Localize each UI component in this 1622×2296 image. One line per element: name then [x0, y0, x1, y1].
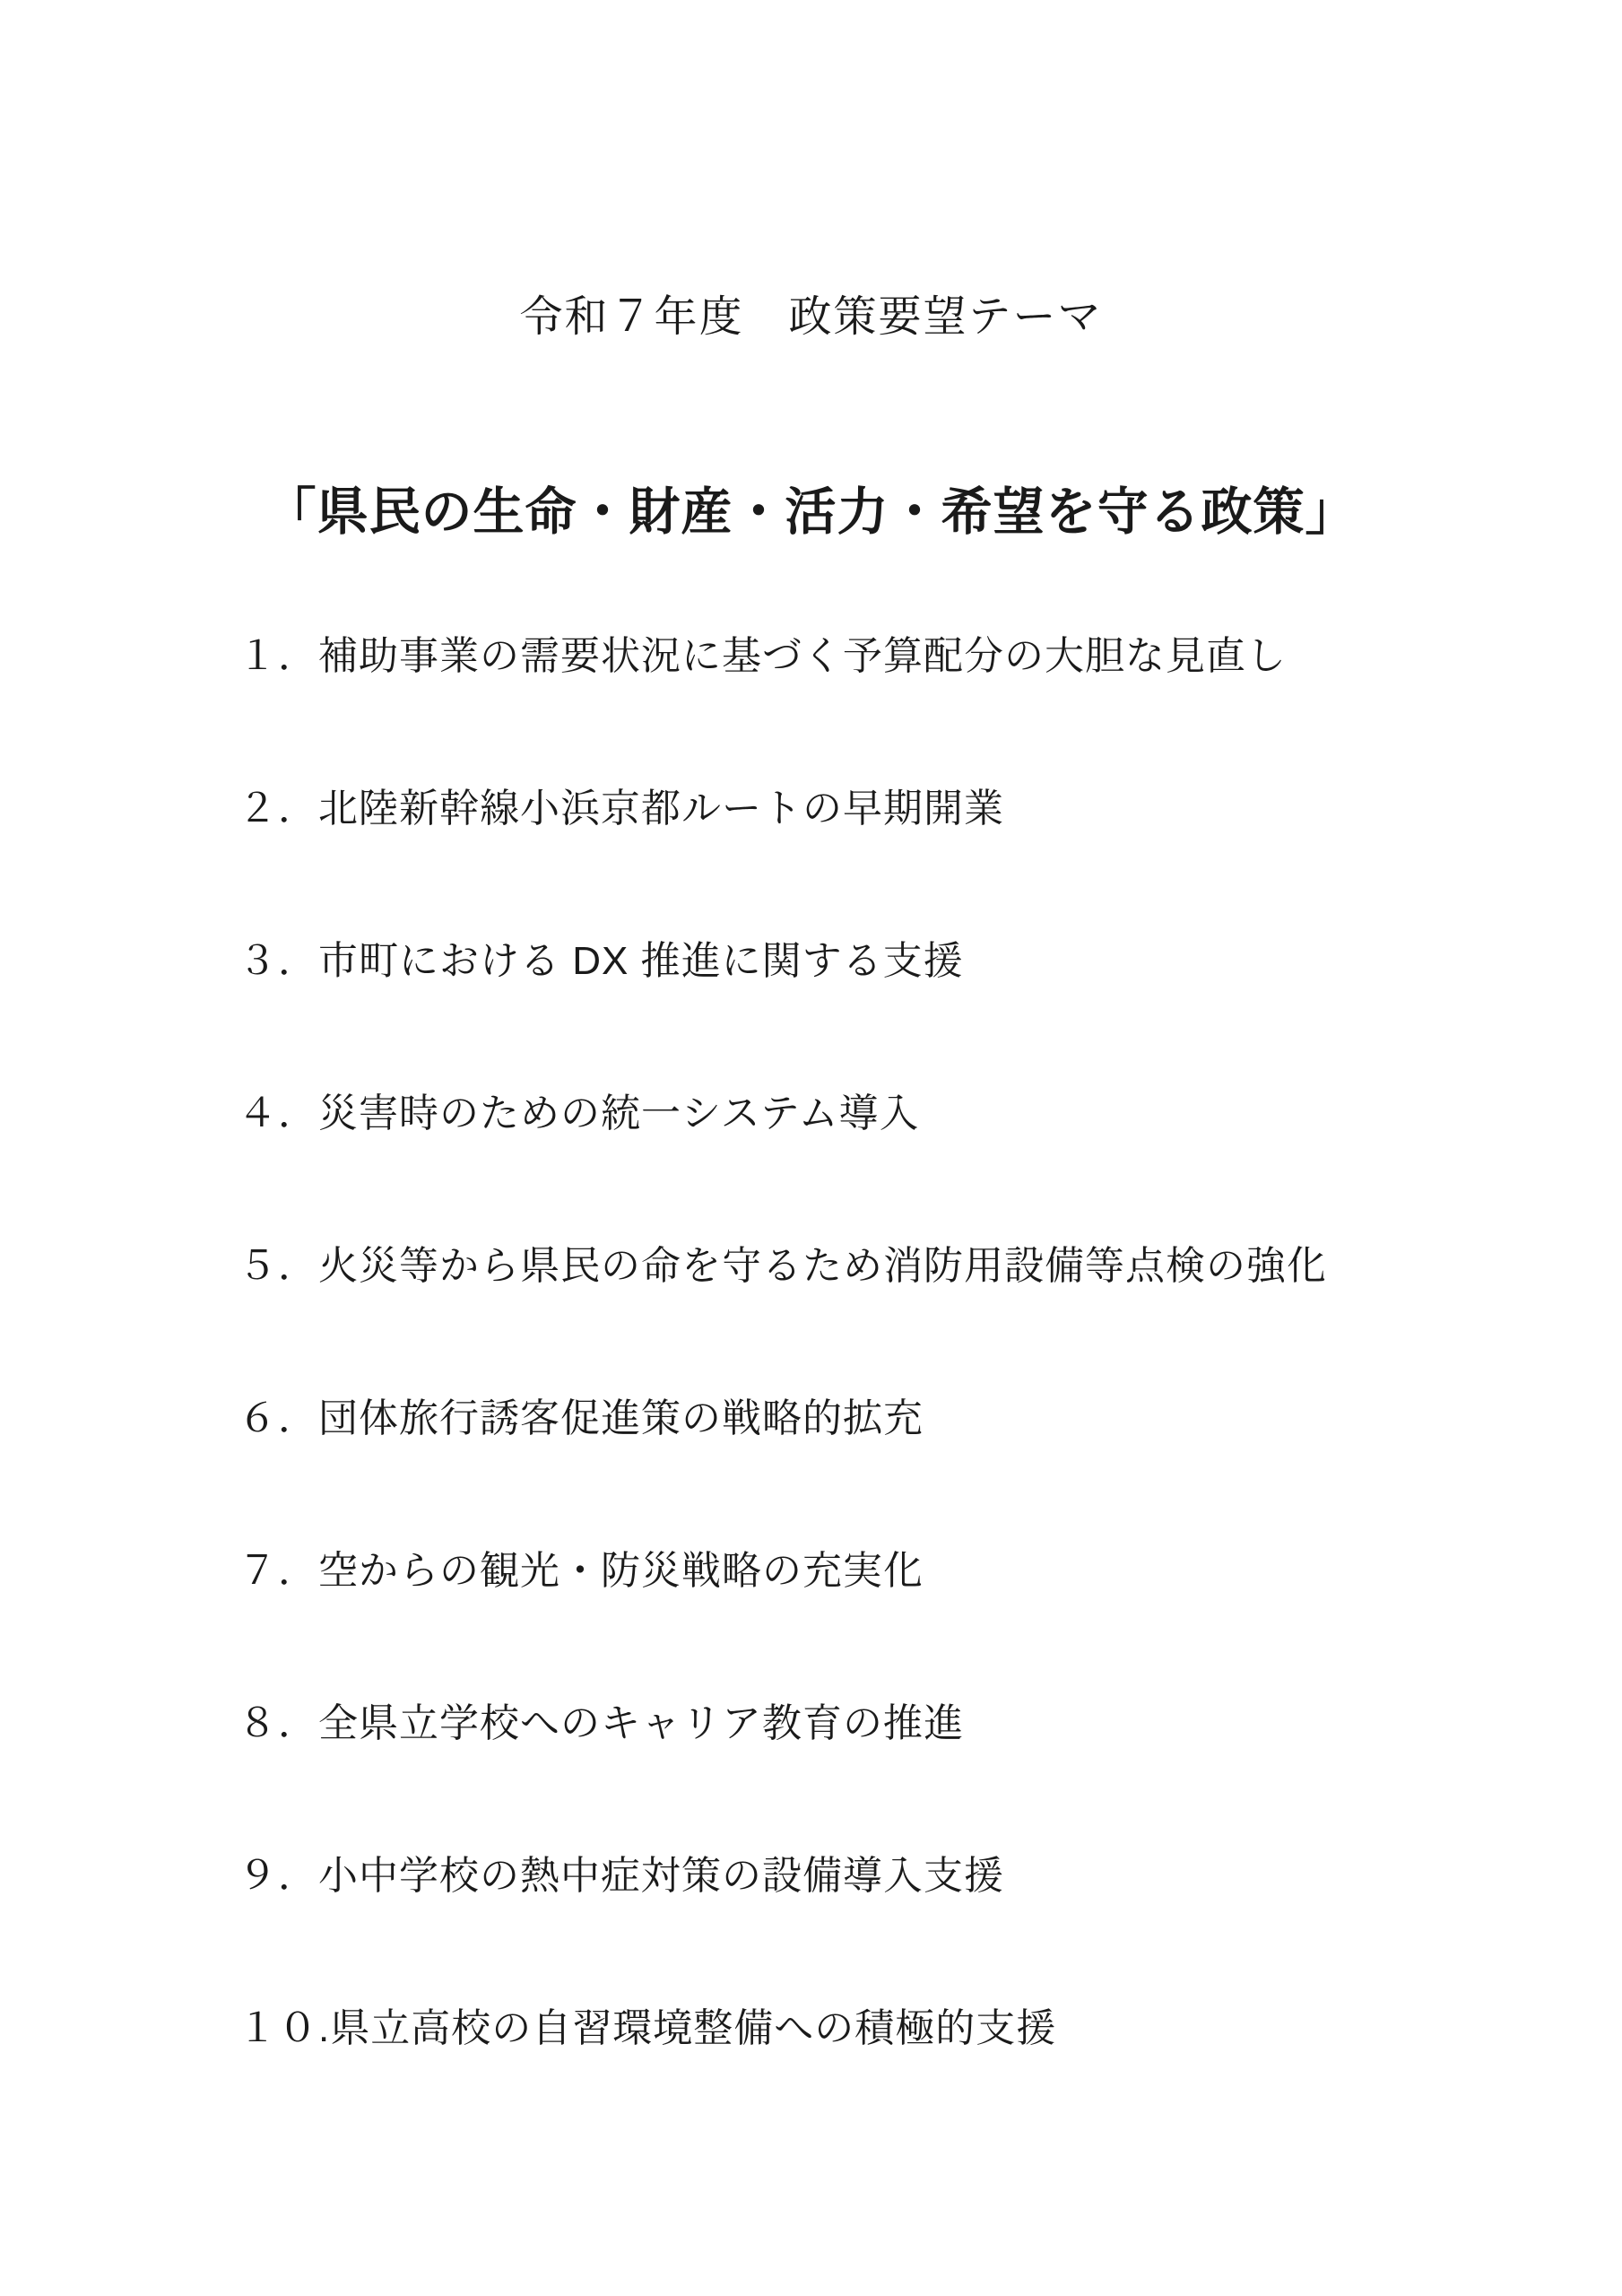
- item-text: 全県立学校へのキャリア教育の推進: [318, 1701, 964, 1745]
- item-number: ４．: [238, 1094, 318, 1134]
- list-item: ２．北陸新幹線小浜京都ルートの早期開業: [238, 789, 1622, 829]
- list-item: ６．団体旅行誘客促進策の戦略的拡充: [238, 1399, 1622, 1439]
- document-page: 令和７年度 政策要望テーマ 「県民の生命・財産・活力・希望を守る政策」 １．補助…: [0, 0, 1622, 2296]
- list-item: ３．市町における DX 推進に関する支援: [238, 942, 1622, 981]
- list-item: １．補助事業の需要状況に基づく予算配分の大胆な見直し: [238, 637, 1622, 676]
- list-item: ４．災害時のための統一システム導入: [238, 1094, 1622, 1134]
- list-item: ７．空からの観光・防災戦略の充実化: [238, 1552, 1622, 1591]
- item-text: 補助事業の需要状況に基づく予算配分の大胆な見直し: [318, 634, 1287, 678]
- document-title: 令和７年度 政策要望テーマ: [0, 296, 1622, 339]
- document-subtitle: 「県民の生命・財産・活力・希望を守る政策」: [0, 487, 1622, 538]
- item-text: 災害時のための統一システム導入: [318, 1091, 920, 1135]
- item-text: 北陸新幹線小浜京都ルートの早期開業: [318, 787, 1004, 831]
- item-text: 火災等から県民の命を守るため消防用設備等点検の強化: [318, 1244, 1327, 1288]
- item-text: 団体旅行誘客促進策の戦略的拡充: [318, 1396, 924, 1440]
- policy-list: １．補助事業の需要状況に基づく予算配分の大胆な見直し ２．北陸新幹線小浜京都ルー…: [0, 637, 1622, 2048]
- item-text: 県立高校の自習環境整備への積極的支援: [330, 2006, 1056, 2050]
- item-number: １．: [238, 637, 318, 676]
- item-number: ９．: [238, 1857, 318, 1896]
- item-text: 空からの観光・防災戦略の充実化: [318, 1549, 924, 1593]
- item-number: ７．: [238, 1552, 318, 1591]
- list-item: １０.県立高校の自習環境整備への積極的支援: [238, 2009, 1622, 2048]
- list-item: ９．小中学校の熱中症対策の設備導入支援: [238, 1857, 1622, 1896]
- item-text: 市町における DX 推進に関する支援: [318, 939, 964, 983]
- item-number: ２．: [238, 789, 318, 829]
- item-number: ８．: [238, 1704, 318, 1744]
- item-number: ６．: [238, 1399, 318, 1439]
- item-number: ５．: [238, 1247, 318, 1286]
- item-number: １０.: [238, 2009, 330, 2048]
- item-text: 小中学校の熱中症対策の設備導入支援: [318, 1854, 1004, 1898]
- item-number: ３．: [238, 942, 318, 981]
- list-item: ５．火災等から県民の命を守るため消防用設備等点検の強化: [238, 1247, 1622, 1286]
- list-item: ８．全県立学校へのキャリア教育の推進: [238, 1704, 1622, 1744]
